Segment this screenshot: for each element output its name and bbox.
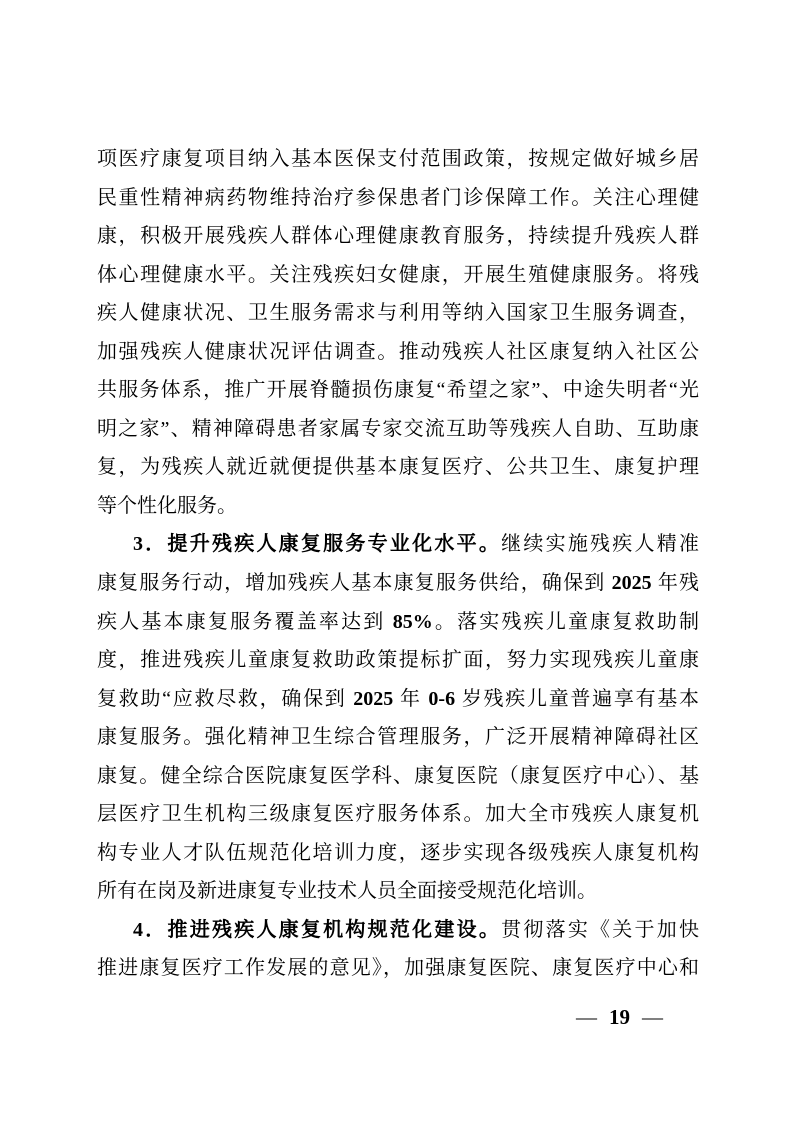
text-line: 项医疗康复项目纳入基本医保支付范围政策，按规定做好城乡居 [97,140,699,179]
text-run: 贯彻落实《关于加快 [501,919,699,941]
text-run: 年 [393,688,428,710]
text-run: 疾人健康状况、卫生服务需求与利用等纳入国家卫生服务调查， [97,302,699,324]
text-run: 推进康复医疗工作发展的意见》，加强康复医院、康复医疗中心和 [97,957,699,979]
page-number: 19 [609,1005,630,1029]
text-line: 4．推进残疾人康复机构规范化建设。贯彻落实《关于加快 [97,911,699,950]
text-run: 年残 [652,572,699,594]
text-line: 康复服务。强化精神卫生综合管理服务，广泛开展精神障碍社区 [97,718,699,757]
text-line: 3．提升残疾人康复服务专业化水平。继续实施残疾人精准 [97,525,699,564]
text-run: 项医疗康复项目纳入基本医保支付范围政策，按规定做好城乡居 [97,148,699,170]
text-line: 构专业人才队伍规范化培训力度，逐步实现各级残疾人康复机构 [97,834,699,873]
page-footer: —19— [0,1005,793,1029]
text-line: 复，为残疾人就近就便提供基本康复医疗、公共卫生、康复护理 [97,448,699,487]
footer-dash-left: — [576,1005,597,1029]
bold-text-run: 3．提升残疾人康复服务专业化水平。 [133,533,501,555]
text-run: 所有在岗及新进康复专业技术人员全面接受规范化培训。 [97,880,597,902]
text-run: 民重性精神病药物维持治疗参保患者门诊保障工作。关注心理健 [97,187,699,209]
text-line: 共服务体系，推广开展脊髓损伤康复“希望之家”、中途失明者“光 [97,371,699,410]
text-line: 推进康复医疗工作发展的意见》，加强康复医院、康复医疗中心和 [97,949,699,988]
text-run: 层医疗卫生机构三级康复医疗服务体系。加大全市残疾人康复机 [97,803,699,825]
text-line: 疾人基本康复服务覆盖率达到 85%。落实残疾儿童康复救助制 [97,603,699,642]
text-run: 继续实施残疾人精准 [501,533,699,555]
text-line: 复救助“应救尽救，确保到 2025 年 0-6 岁残疾儿童普遍享有基本 [97,680,699,719]
bold-text-run: 85% [393,611,433,633]
text-run: 复救助“应救尽救，确保到 [97,688,353,710]
text-line: 度，推进残疾儿童康复救助政策提标扩面，努力实现残疾儿童康 [97,641,699,680]
text-run: 复，为残疾人就近就便提供基本康复医疗、公共卫生、康复护理 [97,456,699,478]
text-line: 民重性精神病药物维持治疗参保患者门诊保障工作。关注心理健 [97,179,699,218]
text-run: 度，推进残疾儿童康复救助政策提标扩面，努力实现残疾儿童康 [97,649,699,671]
text-line: 层医疗卫生机构三级康复医疗服务体系。加大全市残疾人康复机 [97,795,699,834]
text-line: 体心理健康水平。关注残疾妇女健康，开展生殖健康服务。将残 [97,256,699,295]
text-line: 明之家”、精神障碍患者家属专家交流互助等残疾人自助、互助康 [97,410,699,449]
bold-text-run: 2025 [353,688,393,710]
text-run: 康，积极开展残疾人群体心理健康教育服务，持续提升残疾人群 [97,225,699,247]
bold-text-run: 4．推进残疾人康复机构规范化建设。 [133,919,501,941]
text-run: 体心理健康水平。关注残疾妇女健康，开展生殖健康服务。将残 [97,264,699,286]
text-run: 构专业人才队伍规范化培训力度，逐步实现各级残疾人康复机构 [97,842,699,864]
text-run: 康复。健全综合医院康复医学科、康复医院（康复医疗中心）、基 [97,765,699,787]
text-run: 疾人基本康复服务覆盖率达到 [97,611,393,633]
text-run: 康复服务行动，增加残疾人基本康复服务供给，确保到 [97,572,612,594]
text-run: 等个性化服务。 [97,495,237,517]
bold-text-run: 2025 [612,572,652,594]
text-run: 岁残疾儿童普遍享有基本 [455,688,699,710]
text-run: 共服务体系，推广开展脊髓损伤康复“希望之家”、中途失明者“光 [97,379,699,401]
text-run: 康复服务。强化精神卫生综合管理服务，广泛开展精神障碍社区 [97,726,699,748]
text-line: 加强残疾人健康状况评估调查。推动残疾人社区康复纳入社区公 [97,333,699,372]
text-line: 康，积极开展残疾人群体心理健康教育服务，持续提升残疾人群 [97,217,699,256]
text-run: 。落实残疾儿童康复救助制 [433,611,699,633]
document-lines: 项医疗康复项目纳入基本医保支付范围政策，按规定做好城乡居民重性精神病药物维持治疗… [97,140,699,988]
text-line: 等个性化服务。 [97,487,699,526]
text-line: 疾人健康状况、卫生服务需求与利用等纳入国家卫生服务调查， [97,294,699,333]
text-line: 所有在岗及新进康复专业技术人员全面接受规范化培训。 [97,872,699,911]
document-page: 项医疗康复项目纳入基本医保支付范围政策，按规定做好城乡居民重性精神病药物维持治疗… [0,0,793,1122]
text-line: 康复服务行动，增加残疾人基本康复服务供给，确保到 2025 年残 [97,564,699,603]
text-run: 加强残疾人健康状况评估调查。推动残疾人社区康复纳入社区公 [97,341,699,363]
text-run: 明之家”、精神障碍患者家属专家交流互助等残疾人自助、互助康 [97,418,699,440]
document-body: 项医疗康复项目纳入基本医保支付范围政策，按规定做好城乡居民重性精神病药物维持治疗… [97,140,699,988]
footer-dash-right: — [642,1005,663,1029]
text-line: 康复。健全综合医院康复医学科、康复医院（康复医疗中心）、基 [97,757,699,796]
bold-text-run: 0-6 [428,688,455,710]
